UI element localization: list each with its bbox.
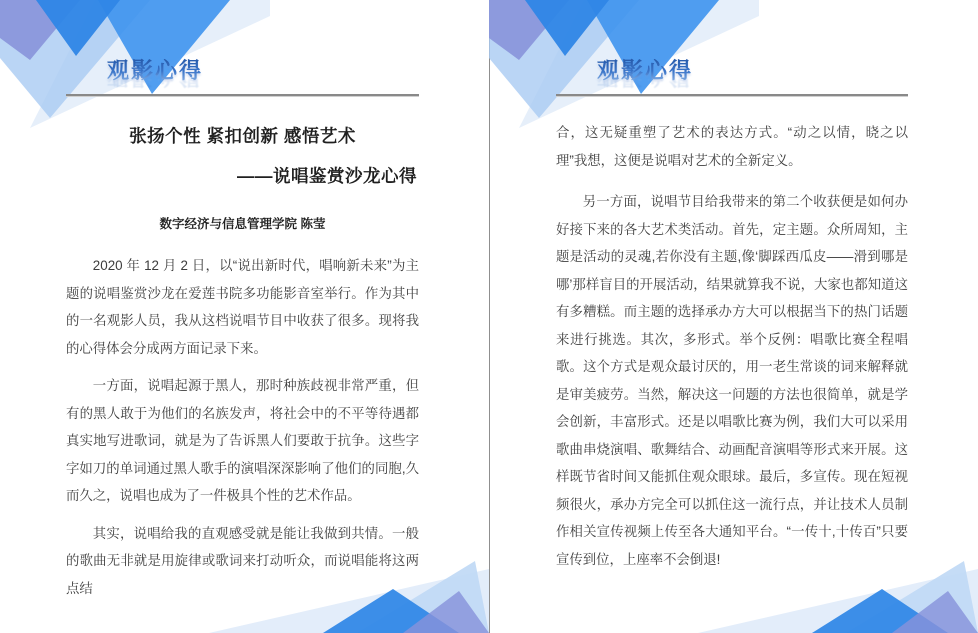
essay-body: 2020 年 12 月 2 日，以“说出新时代，唱响新未来”为主题的说唱鉴赏沙龙… — [66, 252, 419, 602]
page-content: 观影心得 观影心得 合，这无疑重塑了艺术的表达方式。“动之以情，晓之以理”我想，… — [490, 0, 978, 633]
page-header: 观影心得 观影心得 — [66, 54, 419, 97]
essay-title: 张扬个性 紧扣创新 感悟艺术 — [66, 123, 419, 148]
essay-subtitle: ——说唱鉴赏沙龙心得 — [66, 163, 417, 188]
essay-body: 合，这无疑重塑了艺术的表达方式。“动之以情，晓之以理”我想，这便是说唱对艺术的全… — [556, 119, 908, 573]
page-right: 观影心得 观影心得 合，这无疑重塑了艺术的表达方式。“动之以情，晓之以理”我想，… — [489, 0, 978, 633]
page-content: 观影心得 观影心得 张扬个性 紧扣创新 感悟艺术 ——说唱鉴赏沙龙心得 数字经济… — [0, 0, 489, 633]
paragraph-continuation: 合，这无疑重塑了艺术的表达方式。“动之以情，晓之以理”我想，这便是说唱对艺术的全… — [556, 119, 908, 174]
paragraph: 另一方面，说唱节目给我带来的第二个收获便是如何办好接下来的各大艺术类活动。首先，… — [556, 188, 908, 573]
page-header: 观影心得 观影心得 — [556, 54, 908, 97]
header-rule — [66, 94, 419, 97]
header-rule — [556, 94, 908, 97]
paragraph: 其实，说唱给我的直观感受就是能让我做到共情。一般的歌曲无非就是用旋律或歌词来打动… — [66, 520, 419, 603]
page-header-title-reflection: 观影心得 — [597, 79, 693, 93]
paragraph: 一方面，说唱起源于黑人，那时种族歧视非常严重，但有的黑人敢于为他们的名族发声，将… — [66, 372, 419, 510]
page-left: 观影心得 观影心得 张扬个性 紧扣创新 感悟艺术 ——说唱鉴赏沙龙心得 数字经济… — [0, 0, 489, 633]
essay-byline: 数字经济与信息管理学院 陈莹 — [66, 214, 419, 232]
paragraph: 2020 年 12 月 2 日，以“说出新时代，唱响新未来”为主题的说唱鉴赏沙龙… — [66, 252, 419, 362]
page-header-title-reflection: 观影心得 — [107, 79, 203, 93]
